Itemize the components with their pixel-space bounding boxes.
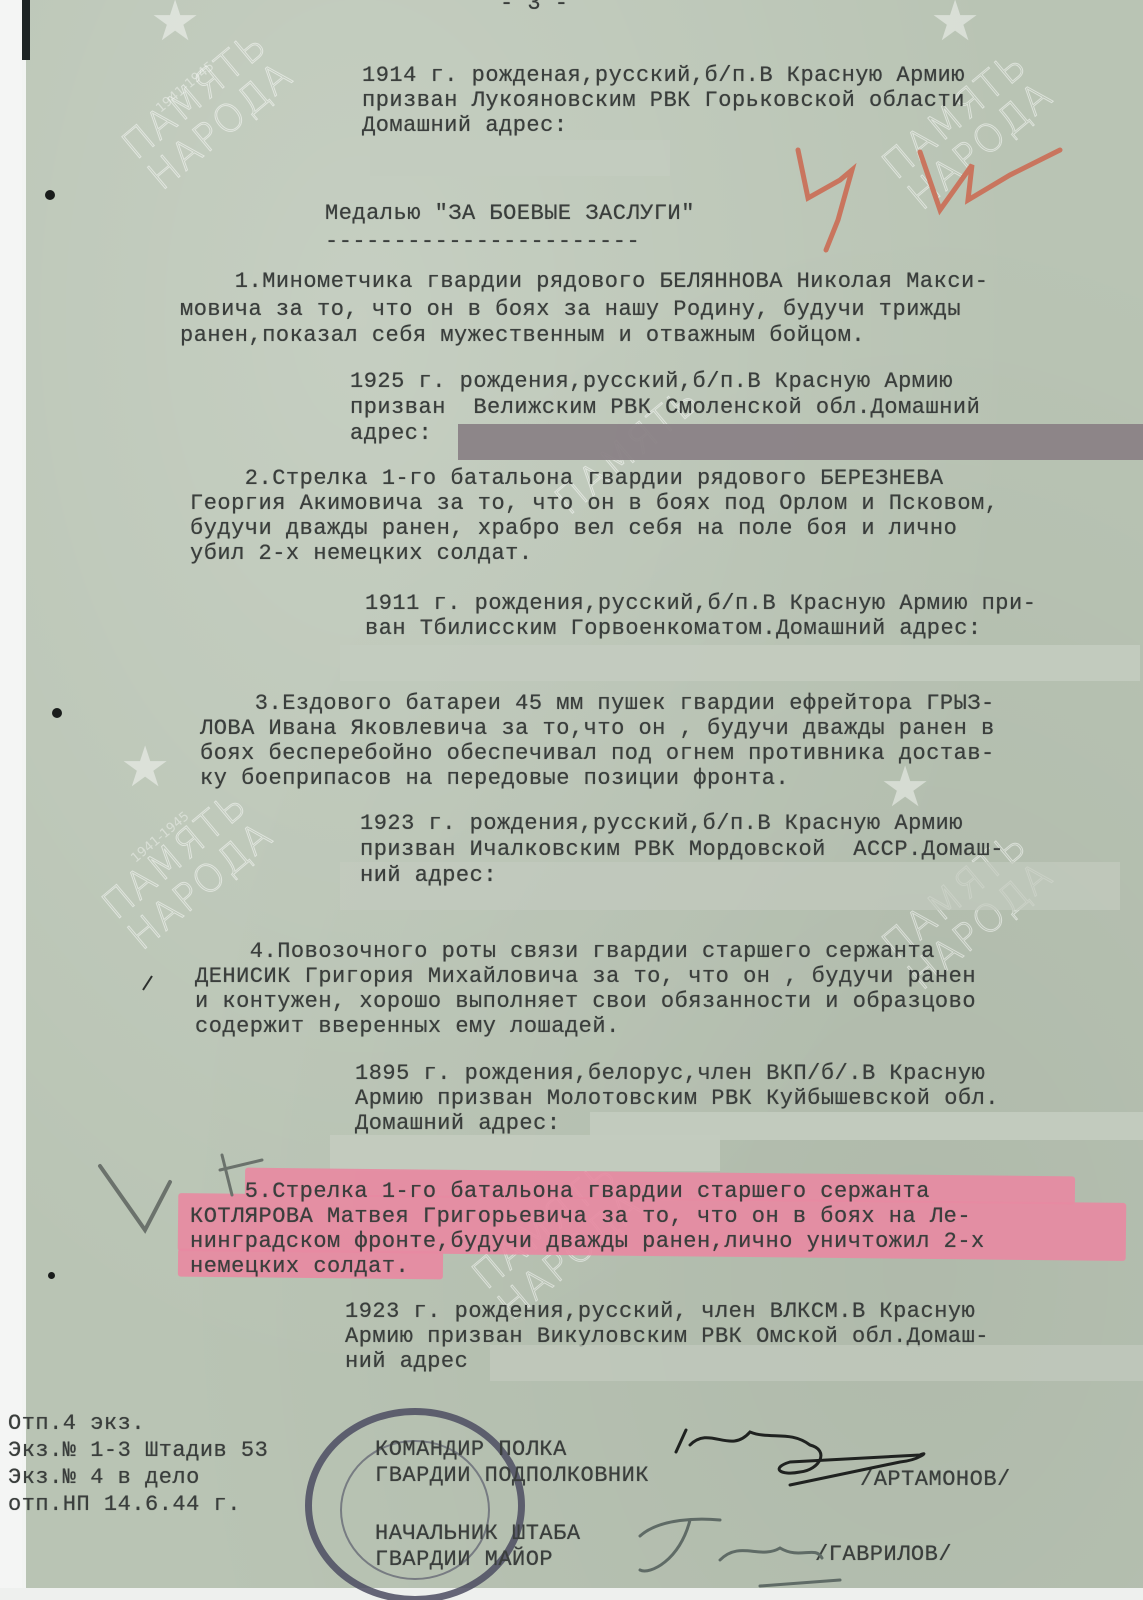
bio-line: ван Тбилисским Горвоенкоматом.Домашний а… — [365, 615, 982, 642]
bio-line: Армию призван Молотовским РВК Куйбышевск… — [355, 1085, 999, 1112]
bio-line: 1923 г. рождения,русский, член ВЛКСМ.В К… — [345, 1298, 975, 1325]
watermark-star-icon: ★ — [120, 740, 170, 796]
scan-shadow — [22, 0, 30, 60]
chief-of-staff-rank: ГВАРДИИ МАЙОР — [375, 1546, 553, 1573]
bio-line: призван Ичалковским РВК Мордовской АССР.… — [360, 836, 1004, 863]
distribution-line: Экз.№ 1-3 Штадив 53 — [8, 1437, 268, 1464]
watermark-star-icon: ★ — [930, 0, 980, 50]
citation-line: боях бесперебойно обеспечивал под огнем … — [200, 740, 995, 767]
header-bio-line: Домашний адрес: — [362, 112, 568, 139]
bio-line: 1923 г. рождения,русский,б/п.В Красную А… — [360, 810, 963, 837]
commander-rank: ГВАРДИИ ПОДПОЛКОВНИК — [375, 1462, 649, 1489]
award-title-underline: ----------------------- — [325, 228, 640, 255]
redacted-address — [458, 424, 1143, 460]
citation-line-highlighted: КОТЛЯРОВА Матвея Григорьевича за то, что… — [190, 1203, 971, 1230]
citation-line: Георгия Акимовича за то, что он в боях п… — [190, 490, 998, 517]
punch-hole — [48, 1272, 55, 1279]
citation-line: 1.Минометчика гвардии рядового БЕЛЯННОВА… — [180, 268, 988, 295]
citation-line: мовича за то, что он в боях за нашу Роди… — [180, 296, 961, 323]
distribution-line: Экз.№ 4 в дело — [8, 1464, 200, 1491]
citation-line: и контужен, хорошо выполняет свои обязан… — [195, 988, 976, 1015]
citation-line-highlighted: нинградском фронте,будучи дважды ранен,л… — [190, 1228, 985, 1255]
redacted-address — [330, 1135, 720, 1171]
award-title: Медалью "ЗА БОЕВЫЕ ЗАСЛУГИ" — [325, 200, 695, 227]
redacted-address — [370, 140, 670, 176]
punch-hole — [52, 708, 62, 718]
bio-line: ний адрес — [345, 1348, 468, 1375]
distribution-line: Отп.4 экз. — [8, 1410, 145, 1437]
citation-line: ранен,показал себя мужественным и отважн… — [180, 322, 865, 349]
citation-line-highlighted: немецких солдат. — [190, 1253, 409, 1280]
bio-line: призван Велижским РВК Смоленской обл.Дом… — [350, 394, 980, 421]
punch-hole — [45, 190, 55, 200]
scan-bottom-margin — [0, 1588, 1143, 1600]
citation-line: ку боеприпасов на передовые позиции фрон… — [200, 765, 789, 792]
citation-line: ДЕНИСИК Григория Михайловича за то, что … — [195, 963, 976, 990]
citation-line: ЛОВА Ивана Яковлевича за то,что он , буд… — [200, 715, 995, 742]
page-number: - 3 - — [500, 0, 569, 17]
bio-line: 1911 г. рождения,русский,б/п.В Красную А… — [365, 590, 1036, 617]
bio-line: 1925 г. рождения,русский,б/п.В Красную А… — [350, 368, 953, 395]
commander-name: /АРТАМОНОВ/ — [860, 1466, 1011, 1493]
citation-line: содержит вверенных ему лошадей. — [195, 1013, 620, 1040]
bio-line: Домашний адрес: — [355, 1110, 561, 1137]
bio-line: 1895 г. рождения,белорус,член ВКП/б/.В К… — [355, 1060, 985, 1087]
chief-of-staff-name: /ГАВРИЛОВ/ — [815, 1541, 952, 1568]
redacted-address — [490, 1345, 1143, 1381]
redacted-address — [340, 645, 1140, 681]
bio-line: ний адрес: — [360, 862, 497, 889]
citation-line: будучи дважды ранен, храбро вел себя на … — [190, 515, 957, 542]
header-bio-line: призван Лукояновским РВК Горьковской обл… — [362, 87, 965, 114]
commander-title: КОМАНДИР ПОЛКА — [375, 1436, 567, 1463]
watermark-star-icon: ★ — [880, 760, 930, 816]
header-bio-line: 1914 г. рожденая,русский,б/п.В Красную А… — [362, 62, 965, 89]
citation-line: 2.Стрелка 1-го батальона гвардии рядовог… — [190, 465, 944, 492]
citation-line: убил 2-х немецких солдат. — [190, 540, 533, 567]
citation-line: 4.Повозочного роты связи гвардии старшег… — [195, 938, 935, 965]
watermark-star-icon: ★ — [150, 0, 200, 50]
citation-line: 3.Ездового батареи 45 мм пушек гвардии е… — [200, 690, 995, 717]
scan-margin — [0, 0, 22, 1600]
chief-of-staff-title: НАЧАЛЬНИК ШТАБА — [375, 1520, 581, 1547]
distribution-line: отп.НП 14.6.44 г. — [8, 1491, 241, 1518]
citation-line-highlighted: 5.Стрелка 1-го батальона гвардии старшег… — [190, 1178, 930, 1205]
bio-line: адрес: — [350, 420, 432, 447]
